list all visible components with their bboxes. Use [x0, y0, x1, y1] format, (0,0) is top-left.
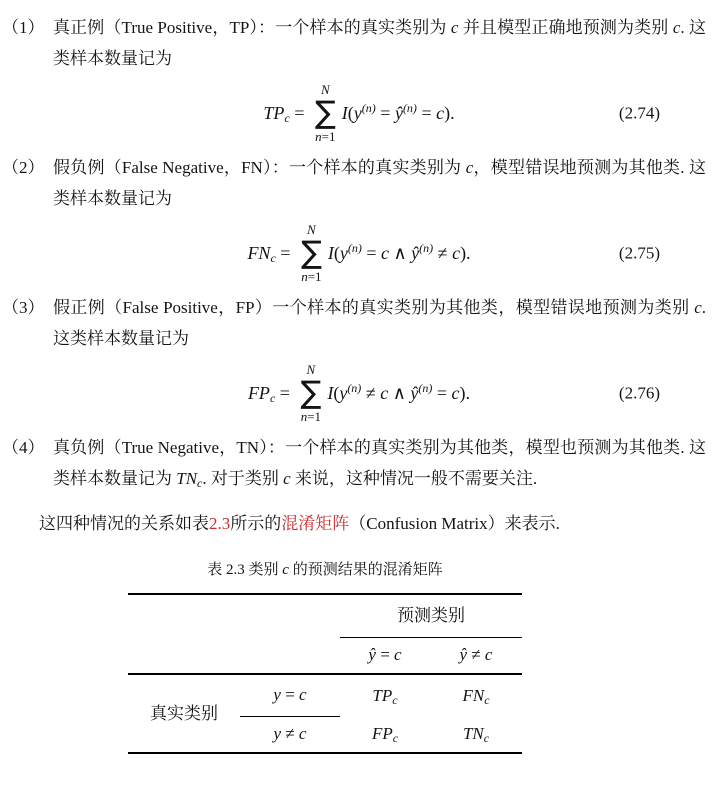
table-cell-tn: TNc	[430, 716, 522, 753]
table-cell-fn: FNc	[430, 674, 522, 716]
equation-math: TPc = N ∑ n=1 I(y(n) = ŷ(n) = c).	[263, 83, 454, 143]
empty-cell	[128, 594, 240, 637]
list-item-true-negative: （4） 真负例（True Negative，TN）：一个样本的真实类别为其他类，…	[2, 432, 706, 494]
confusion-matrix-table: 预测类别 ŷ = c ŷ ≠ c 真实类别 y = c TPc FNc y ≠ …	[128, 593, 522, 754]
text-segment: ŷ	[368, 645, 376, 664]
text-segment: =	[362, 243, 381, 263]
list-item-false-positive: （3） 假正例（False Positive，FP）一个样本的真实类别为其他类，…	[2, 292, 706, 354]
text-segment: =	[276, 243, 295, 263]
empty-cell	[128, 637, 240, 674]
column-header-yhat-eq-c: ŷ = c	[340, 637, 430, 674]
confusion-matrix-term: 混淆矩阵	[281, 514, 349, 533]
text-segment: ≠	[433, 243, 452, 263]
equation-number: (2.76)	[619, 378, 660, 409]
equation-rhs: I(y(n) = c ∧ ŷ(n) ≠ c).	[328, 242, 471, 264]
text-segment: =1	[322, 129, 336, 144]
item-marker: （1）	[2, 12, 53, 74]
summation-lower-limit: n=1	[301, 410, 321, 423]
list-item-true-positive: （1） 真正例（True Positive，TP）：一个样本的真实类别为 c 并…	[2, 12, 706, 74]
text-segment: c	[299, 685, 307, 704]
text-segment: c	[283, 469, 291, 488]
equation-math: FNc = N ∑ n=1 I(y(n) = c ∧ ŷ(n) ≠ c).	[247, 223, 470, 283]
text-segment: =1	[308, 269, 322, 284]
item-text: 真负例（True Negative，TN）：一个样本的真实类别为其他类，模型也预…	[53, 432, 706, 494]
item-text: 假正例（False Positive，FP）一个样本的真实类别为其他类，模型错误…	[53, 292, 706, 354]
equation-rhs: I(y(n) ≠ c ∧ ŷ(n) = c).	[327, 382, 470, 404]
item-marker: （2）	[2, 152, 53, 214]
text-segment: c	[282, 562, 289, 578]
empty-cell	[240, 637, 340, 674]
table-cell-fp: FPc	[340, 716, 430, 753]
sigma-glyph: ∑	[300, 378, 321, 408]
text-segment: y	[340, 243, 348, 263]
text-segment: . 对于类别	[202, 469, 283, 488]
item-marker: （4）	[2, 432, 53, 494]
text-segment: =	[275, 383, 294, 403]
confusion-matrix-intro-paragraph: 这四种情况的关系如表2.3所示的混淆矩阵（Confusion Matrix）来表…	[2, 508, 706, 539]
equation-number: (2.75)	[619, 238, 660, 269]
text-segment: ŷ	[395, 103, 403, 123]
text-segment: c	[694, 298, 702, 317]
text-segment: c	[392, 693, 397, 707]
text-segment: =	[432, 383, 451, 403]
text-segment: 的预测结果的混淆矩阵	[289, 562, 443, 578]
text-segment: c	[394, 645, 402, 664]
text-segment: 并且模型正确地预测为类别	[458, 18, 672, 37]
summation-symbol: N ∑ n=1	[315, 83, 336, 143]
text-segment: =	[376, 645, 394, 664]
text-segment: ∧	[389, 243, 411, 263]
text-segment: FN	[462, 686, 484, 705]
text-segment: TP	[372, 686, 392, 705]
text-segment: y	[274, 724, 282, 743]
text-segment: c	[393, 731, 398, 745]
text-segment: c	[484, 693, 489, 707]
row-header-y-neq-c: y ≠ c	[240, 716, 340, 753]
equation-2-75: FNc = N ∑ n=1 I(y(n) = c ∧ ŷ(n) ≠ c). (2…	[0, 214, 718, 292]
text-segment: ∧	[388, 383, 410, 403]
text-segment: FP	[372, 724, 393, 743]
equation-lhs: FPc =	[248, 382, 294, 404]
text-segment: 来说，这种情况一般不需要关注.	[291, 469, 538, 488]
text-segment: 真正例（True Positive，TP）：一个样本的真实类别为	[53, 18, 451, 37]
text-segment: (n)	[347, 381, 361, 395]
sigma-glyph: ∑	[315, 98, 336, 128]
text-segment: =	[376, 103, 395, 123]
text-segment: c	[484, 731, 489, 745]
text-segment: ŷ	[460, 645, 468, 664]
predicted-class-group-header: 预测类别	[340, 594, 522, 637]
text-segment: (n)	[348, 241, 362, 255]
text-segment: (n)	[418, 381, 432, 395]
text-segment: ).	[460, 383, 471, 403]
sigma-glyph: ∑	[301, 238, 322, 268]
text-segment: ≠	[361, 383, 380, 403]
equation-number: (2.74)	[619, 98, 660, 129]
text-segment: c	[381, 243, 389, 263]
text-segment: 所示的	[230, 514, 281, 533]
text-segment: c	[485, 645, 493, 664]
text-segment: 假负例（False Negative，FN）：一个样本的真实类别为	[53, 158, 466, 177]
equation-lhs: TPc =	[263, 102, 309, 124]
text-segment: =	[417, 103, 436, 123]
equation-2-74: TPc = N ∑ n=1 I(y(n) = ŷ(n) = c). (2.74)	[0, 74, 718, 152]
summation-lower-limit: n=1	[315, 130, 335, 143]
text-segment: (n)	[403, 101, 417, 115]
item-marker: （3）	[2, 292, 53, 354]
text-segment: (n)	[362, 101, 376, 115]
summation-symbol: N ∑ n=1	[300, 363, 321, 423]
text-segment: y	[354, 103, 362, 123]
text-segment: c	[436, 103, 444, 123]
text-segment: c	[452, 383, 460, 403]
text-segment: （Confusion Matrix）来表示.	[349, 514, 560, 533]
text-segment: =	[281, 685, 299, 704]
equation-rhs: I(y(n) = ŷ(n) = c).	[342, 102, 455, 124]
text-segment: 表 2.3 类别	[207, 562, 282, 578]
table-2-3-reference-link[interactable]: 2.3	[209, 514, 230, 533]
row-header-y-eq-c: y = c	[240, 674, 340, 716]
item-text: 假负例（False Negative，FN）：一个样本的真实类别为 c，模型错误…	[53, 152, 706, 214]
text-segment: =	[290, 103, 309, 123]
text-segment: ).	[444, 103, 455, 123]
true-class-group-header: 真实类别	[128, 674, 240, 753]
text-segment: =1	[307, 409, 321, 424]
table-2-3-caption: 表 2.3 类别 c 的预测结果的混淆矩阵	[128, 559, 522, 581]
table-cell-tp: TPc	[340, 674, 430, 716]
item-text: 真正例（True Positive，TP）：一个样本的真实类别为 c 并且模型正…	[53, 12, 706, 74]
textbook-page: （1） 真正例（True Positive，TP）：一个样本的真实类别为 c 并…	[0, 0, 718, 797]
text-segment: 这四种情况的关系如表	[39, 514, 209, 533]
column-header-yhat-neq-c: ŷ ≠ c	[430, 637, 522, 674]
text-segment: c	[452, 243, 460, 263]
text-segment: FN	[247, 243, 270, 263]
text-segment: ≠	[467, 645, 485, 664]
summation-symbol: N ∑ n=1	[301, 223, 322, 283]
text-segment: TN	[463, 724, 484, 743]
text-segment: ).	[460, 243, 471, 263]
text-segment: c	[380, 383, 388, 403]
text-segment: ŷ	[411, 243, 419, 263]
equation-math: FPc = N ∑ n=1 I(y(n) ≠ c ∧ ŷ(n) = c).	[248, 363, 470, 423]
equation-lhs: FNc =	[247, 242, 295, 264]
text-segment: (n)	[419, 241, 433, 255]
summation-lower-limit: n=1	[301, 270, 321, 283]
text-segment: 假正例（False Positive，FP）一个样本的真实类别为其他类，模型错误…	[53, 298, 694, 317]
list-item-false-negative: （2） 假负例（False Negative，FN）：一个样本的真实类别为 c，…	[2, 152, 706, 214]
text-segment: TN	[176, 469, 197, 488]
empty-cell	[240, 594, 340, 637]
text-segment: c	[299, 724, 307, 743]
text-segment: TP	[263, 103, 284, 123]
text-segment: ≠	[281, 724, 299, 743]
equation-2-76: FPc = N ∑ n=1 I(y(n) ≠ c ∧ ŷ(n) = c). (2…	[0, 354, 718, 432]
text-segment: y	[273, 685, 281, 704]
text-segment: FP	[248, 383, 270, 403]
